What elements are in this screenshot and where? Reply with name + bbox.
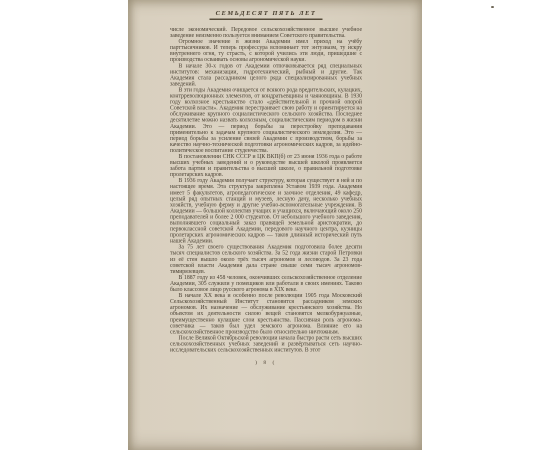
paragraph: В 1887 году из 458 человек, окончивших с…: [170, 274, 362, 292]
paragraph: Огромное значение в жизни Академии имел …: [170, 39, 362, 63]
page-number: ) 8 (: [170, 360, 362, 366]
paragraph: За 75 лет своего существования Академия …: [170, 244, 362, 274]
page-title: СЕМЬДЕСЯТ ПЯТЬ ЛЕТ: [210, 9, 323, 20]
paragraph: В постановлении СНК СССР и ЦК ВКП(б) от …: [170, 153, 362, 177]
paragraph: числе экономический. Передовое сельскохо…: [170, 27, 362, 39]
body-text: числе экономический. Передовое сельскохо…: [170, 27, 362, 354]
paragraph: В 1936 году Академия получает структуру,…: [170, 178, 362, 245]
ink-speck: [491, 6, 494, 8]
book-page: СЕМЬДЕСЯТ ПЯТЬ ЛЕТ числе экономический. …: [128, 0, 422, 450]
book-photo: СЕМЬДЕСЯТ ПЯТЬ ЛЕТ числе экономический. …: [0, 0, 550, 450]
paragraph: В начале XX века и особенно после револю…: [170, 293, 362, 335]
page-header: СЕМЬДЕСЯТ ПЯТЬ ЛЕТ: [170, 0, 362, 20]
paragraph: В эти годы Академия очищается от всякого…: [170, 87, 362, 154]
paragraph: После Великой Октябрьской революции нача…: [170, 335, 362, 353]
paragraph: В начале 30-х годов от Академии отпочков…: [170, 63, 362, 87]
page-content: СЕМЬДЕСЯТ ПЯТЬ ЛЕТ числе экономический. …: [170, 0, 362, 450]
